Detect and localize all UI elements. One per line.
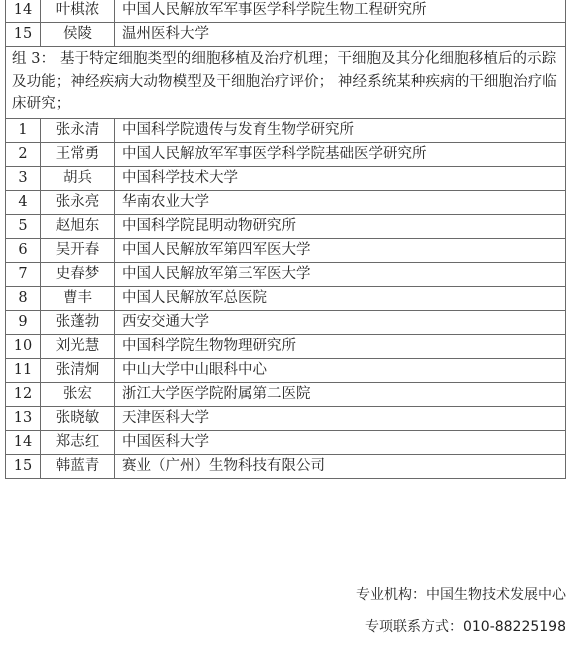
expert-organization: 中国人民解放军总医院 (115, 286, 566, 310)
expert-name: 张宏 (41, 382, 115, 406)
expert-table-body: 14 叶棋浓 中国人民解放军军事医学科学院生物工程研究所 15 侯陵 温州医科大… (6, 0, 566, 478)
table-row: 7 史春梦 中国人民解放军第三军医大学 (6, 262, 566, 286)
row-number: 5 (6, 214, 41, 238)
expert-organization: 赛业（广州）生物科技有限公司 (115, 454, 566, 478)
expert-organization: 西安交通大学 (115, 310, 566, 334)
expert-organization: 华南农业大学 (115, 190, 566, 214)
table-row: 15 韩蓝青 赛业（广州）生物科技有限公司 (6, 454, 566, 478)
expert-organization: 中国人民解放军军事医学科学院基础医学研究所 (115, 142, 566, 166)
table-row: 12 张宏 浙江大学医学院附属第二医院 (6, 382, 566, 406)
expert-name: 胡兵 (41, 166, 115, 190)
expert-organization: 中国人民解放军第四军医大学 (115, 238, 566, 262)
expert-name: 吴开春 (41, 238, 115, 262)
table-row: 3 胡兵 中国科学技术大学 (6, 166, 566, 190)
table-row: 14 郑志红 中国医科大学 (6, 430, 566, 454)
expert-organization: 中国科学院生物物理研究所 (115, 334, 566, 358)
group-header-row: 组 3： 基于特定细胞类型的细胞移植及治疗机理；干细胞及其分化细胞移植后的示踪及… (6, 47, 566, 119)
agency-label: 专业机构： (356, 587, 426, 603)
expert-name: 张晓敏 (41, 406, 115, 430)
row-number: 9 (6, 310, 41, 334)
expert-name: 张永亮 (41, 190, 115, 214)
table-row: 11 张清炯 中山大学中山眼科中心 (6, 358, 566, 382)
expert-organization: 天津医科大学 (115, 406, 566, 430)
row-number: 11 (6, 358, 41, 382)
row-number: 2 (6, 142, 41, 166)
table-row: 8 曹丰 中国人民解放军总医院 (6, 286, 566, 310)
expert-name: 张永清 (41, 118, 115, 142)
table-row: 13 张晓敏 天津医科大学 (6, 406, 566, 430)
table-row: 5 赵旭东 中国科学院昆明动物研究所 (6, 214, 566, 238)
row-number: 10 (6, 334, 41, 358)
expert-organization: 温州医科大学 (115, 23, 566, 47)
expert-organization: 中国科学院昆明动物研究所 (115, 214, 566, 238)
expert-organization: 中国人民解放军第三军医大学 (115, 262, 566, 286)
expert-name: 侯陵 (41, 23, 115, 47)
contact-label: 专项联系方式： (365, 619, 463, 635)
row-number: 6 (6, 238, 41, 262)
table-row: 9 张蓬勃 西安交通大学 (6, 310, 566, 334)
row-number: 14 (6, 0, 41, 23)
expert-organization: 中国科学技术大学 (115, 166, 566, 190)
row-number: 15 (6, 23, 41, 47)
expert-name: 王常勇 (41, 142, 115, 166)
row-number: 15 (6, 454, 41, 478)
group-description: 组 3： 基于特定细胞类型的细胞移植及治疗机理；干细胞及其分化细胞移植后的示踪及… (6, 47, 566, 119)
expert-organization: 中山大学中山眼科中心 (115, 358, 566, 382)
agency-value: 中国生物技术发展中心 (426, 587, 566, 603)
row-number: 14 (6, 430, 41, 454)
expert-name: 曹丰 (41, 286, 115, 310)
expert-name: 叶棋浓 (41, 0, 115, 23)
footer-agency: 专业机构：中国生物技术发展中心 (356, 584, 566, 604)
table-row: 1 张永清 中国科学院遗传与发育生物学研究所 (6, 118, 566, 142)
expert-organization: 浙江大学医学院附属第二医院 (115, 382, 566, 406)
row-number: 12 (6, 382, 41, 406)
row-number: 13 (6, 406, 41, 430)
expert-name: 张清炯 (41, 358, 115, 382)
table-row: 6 吴开春 中国人民解放军第四军医大学 (6, 238, 566, 262)
table-row: 15 侯陵 温州医科大学 (6, 23, 566, 47)
expert-organization: 中国医科大学 (115, 430, 566, 454)
table-row: 14 叶棋浓 中国人民解放军军事医学科学院生物工程研究所 (6, 0, 566, 23)
table-row: 2 王常勇 中国人民解放军军事医学科学院基础医学研究所 (6, 142, 566, 166)
expert-name: 韩蓝青 (41, 454, 115, 478)
row-number: 7 (6, 262, 41, 286)
table-row: 4 张永亮 华南农业大学 (6, 190, 566, 214)
row-number: 1 (6, 118, 41, 142)
footer-contact: 专项联系方式：010-88225198 (365, 616, 566, 636)
expert-name: 张蓬勃 (41, 310, 115, 334)
expert-organization: 中国人民解放军军事医学科学院生物工程研究所 (115, 0, 566, 23)
row-number: 4 (6, 190, 41, 214)
table-row: 10 刘光慧 中国科学院生物物理研究所 (6, 334, 566, 358)
row-number: 8 (6, 286, 41, 310)
contact-phone: 010-88225198 (463, 619, 566, 635)
row-number: 3 (6, 166, 41, 190)
expert-name: 郑志红 (41, 430, 115, 454)
expert-table: 14 叶棋浓 中国人民解放军军事医学科学院生物工程研究所 15 侯陵 温州医科大… (5, 0, 566, 479)
expert-name: 刘光慧 (41, 334, 115, 358)
expert-organization: 中国科学院遗传与发育生物学研究所 (115, 118, 566, 142)
expert-name: 史春梦 (41, 262, 115, 286)
expert-name: 赵旭东 (41, 214, 115, 238)
